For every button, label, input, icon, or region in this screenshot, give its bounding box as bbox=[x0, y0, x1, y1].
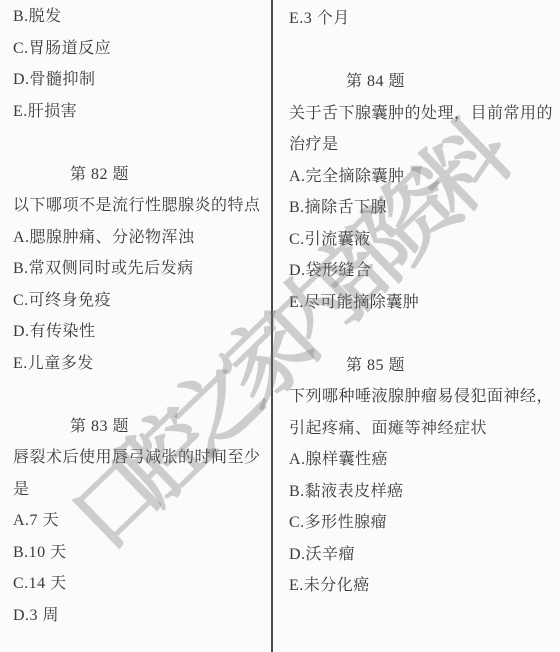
option-line: C.引流囊液 bbox=[289, 224, 556, 256]
option-line: B.10 天 bbox=[13, 537, 265, 569]
option-line: C.14 天 bbox=[13, 568, 265, 600]
question-text-line: 下列哪种唾液腺肿瘤易侵犯面神经， bbox=[289, 381, 556, 413]
question-number-header: 第 82 题 bbox=[13, 159, 265, 191]
question-text-line: 关于舌下腺囊肿的处理，目前常用的 bbox=[289, 98, 556, 130]
option-line: A.腮腺肿痛、分泌物浑浊 bbox=[13, 222, 265, 254]
option-line: D.袋形缝合 bbox=[289, 255, 556, 287]
option-line: E.儿童多发 bbox=[13, 348, 265, 380]
option-line: E.尽可能摘除囊肿 bbox=[289, 287, 556, 319]
document-page: B.脱发C.胃肠道反应D.骨髓抑制E.肝损害 第 82 题以下哪项不是流行性腮腺… bbox=[0, 0, 560, 652]
question-number-header: 第 83 题 bbox=[13, 411, 265, 443]
question-number-header: 第 84 题 bbox=[289, 66, 556, 98]
option-line: C.可终身免疫 bbox=[13, 285, 265, 317]
option-line: A.完全摘除囊肿 bbox=[289, 161, 556, 193]
question-number-header: 第 85 题 bbox=[289, 350, 556, 382]
option-line: B.摘除舌下腺 bbox=[289, 192, 556, 224]
option-line: B.脱发 bbox=[13, 1, 265, 33]
option-line: A.腺样囊性癌 bbox=[289, 444, 556, 476]
option-line: D.3 周 bbox=[13, 600, 265, 632]
option-line: D.有传染性 bbox=[13, 316, 265, 348]
option-line: D.沃辛瘤 bbox=[289, 539, 556, 571]
option-line: D.骨髓抑制 bbox=[13, 64, 265, 96]
question-text-line: 是 bbox=[13, 474, 265, 506]
option-line: E.肝损害 bbox=[13, 96, 265, 128]
question-text-line: 引起疼痛、面瘫等神经症状 bbox=[289, 413, 556, 445]
question-text-line: 治疗是 bbox=[289, 129, 556, 161]
option-line: C.多形性腺瘤 bbox=[289, 507, 556, 539]
left-column: B.脱发C.胃肠道反应D.骨髓抑制E.肝损害 第 82 题以下哪项不是流行性腮腺… bbox=[0, 0, 271, 652]
right-column: E.3 个月 第 84 题关于舌下腺囊肿的处理，目前常用的治疗是A.完全摘除囊肿… bbox=[271, 0, 560, 652]
question-text-line: 以下哪项不是流行性腮腺炎的特点 bbox=[13, 190, 265, 222]
option-line: A.7 天 bbox=[13, 505, 265, 537]
option-line: B.黏液表皮样癌 bbox=[289, 476, 556, 508]
option-line: C.胃肠道反应 bbox=[13, 33, 265, 65]
option-line: B.常双侧同时或先后发病 bbox=[13, 253, 265, 285]
question-text-line: 唇裂术后使用唇弓减张的时间至少 bbox=[13, 442, 265, 474]
option-line: E.未分化癌 bbox=[289, 570, 556, 602]
option-line: E.3 个月 bbox=[289, 3, 556, 35]
